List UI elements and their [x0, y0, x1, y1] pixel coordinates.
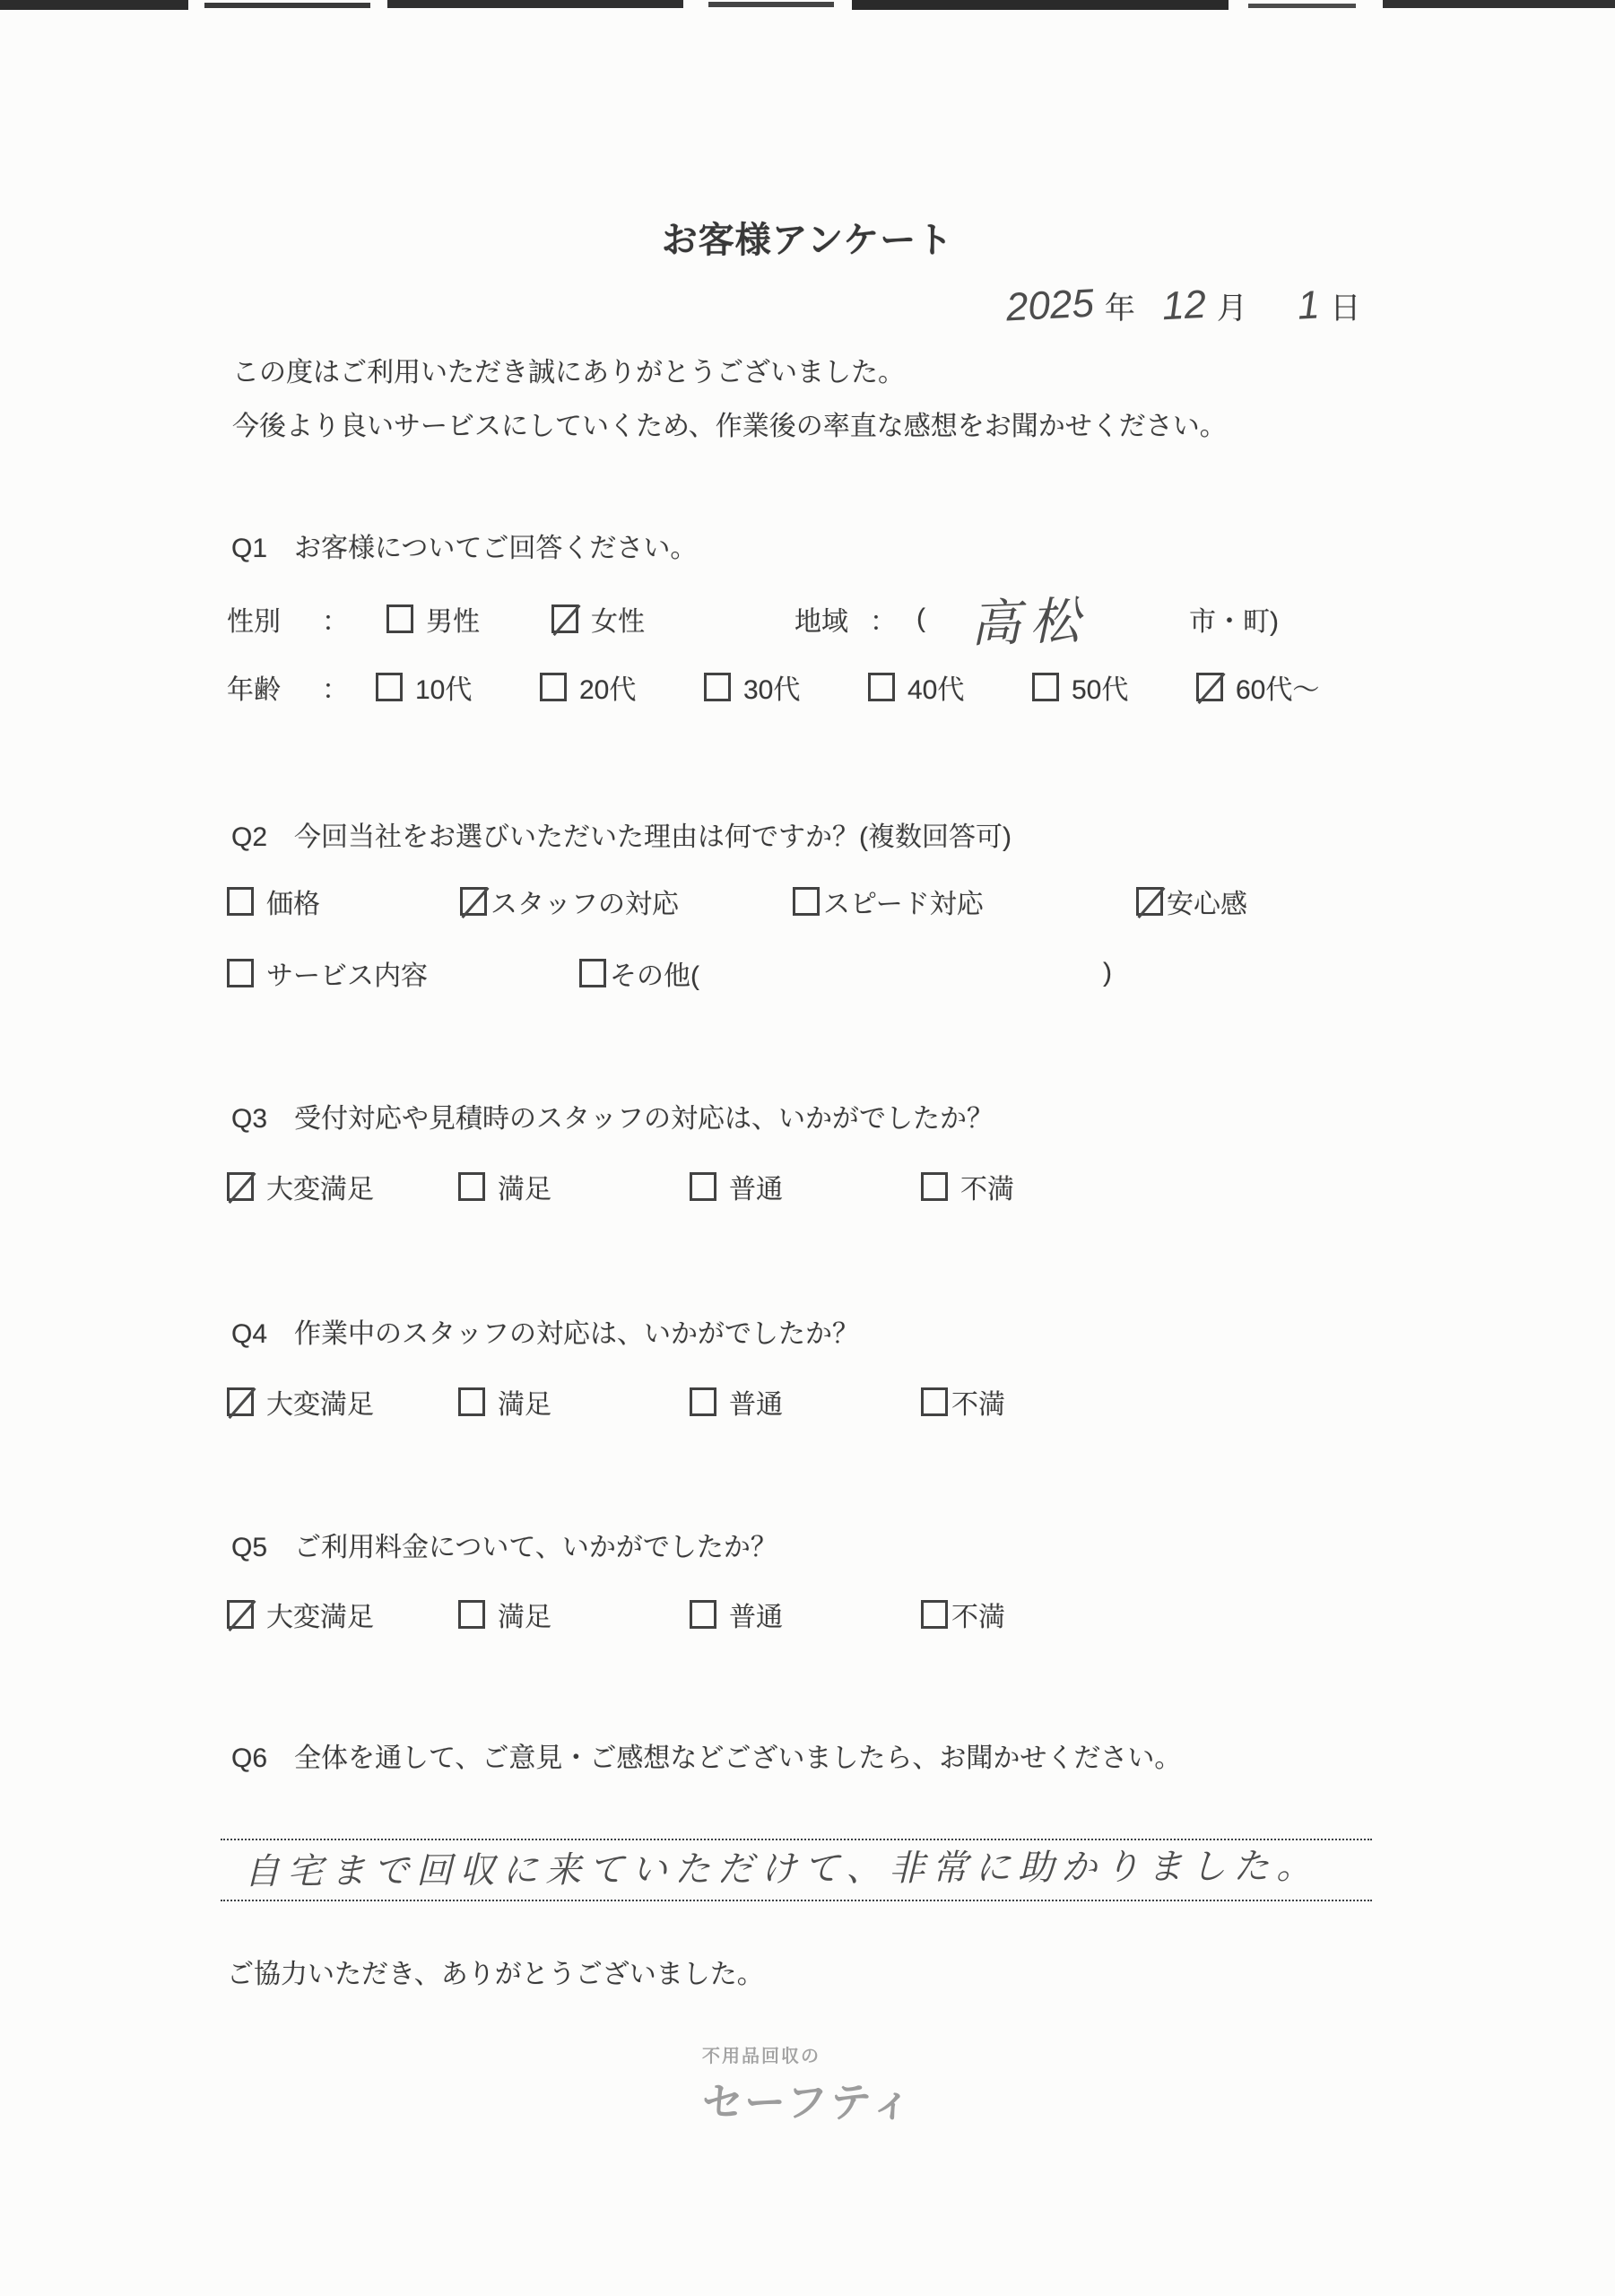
option: 男性 [386, 599, 551, 639]
option: 60代～ [1196, 667, 1319, 707]
question-heading-q5: Q5 ご利用料金について、いかがでしたか？ [231, 1525, 777, 1564]
option-label: 満足 [498, 1382, 551, 1422]
intro-line-1: この度はご利用いただき誠にありがとうございました。 [232, 350, 905, 389]
q5-options-row-1: 大変満足満足普通不満 [227, 1596, 1005, 1632]
checkbox-30代[interactable] [704, 673, 731, 701]
checkbox-その他([interactable] [579, 959, 606, 987]
date-month-value[interactable]: 12 [1161, 283, 1208, 329]
option-label: 大変満足 [266, 1595, 374, 1634]
gender-options: 男性女性 [386, 599, 645, 639]
q3-options-row-1: 大変満足満足普通不満 [227, 1169, 1014, 1205]
option-label: 満足 [498, 1595, 551, 1634]
date-year-label: 年 [1105, 283, 1135, 327]
option: その他( [579, 953, 699, 993]
closing-text: ご協力いただき、ありがとうございました。 [227, 1952, 764, 1991]
checkbox-50代[interactable] [1032, 673, 1059, 701]
question-heading-q3: Q3 受付対応や見積時のスタッフの対応は、いかがでしたか？ [231, 1096, 994, 1135]
checkbox-大変満足-checked[interactable] [227, 1600, 254, 1629]
checkbox-スピード対応[interactable] [793, 887, 820, 916]
checkbox-不満[interactable] [921, 1600, 948, 1629]
checkbox-スタッフの対応-checked[interactable] [460, 887, 487, 916]
gender-region-row: 性別： 男性女性 地域 ： ( 高松 市・町) [227, 601, 645, 637]
scan-artifact [852, 0, 1229, 10]
date-day-value[interactable]: 1 [1297, 283, 1321, 328]
option-label: 大変満足 [266, 1167, 374, 1206]
checkbox-満足[interactable] [458, 1172, 485, 1201]
paren-close: ) [1103, 958, 1112, 988]
checkbox-満足[interactable] [458, 1387, 485, 1416]
region-paren-close: 市・町) [1189, 599, 1279, 639]
q2-options-row-2: サービス内容その他() [227, 955, 1112, 991]
scan-artifact [0, 0, 188, 10]
checkbox-大変満足-checked[interactable] [227, 1387, 254, 1416]
checkbox-10代[interactable] [376, 673, 403, 701]
checkbox-男性[interactable] [386, 604, 413, 633]
option: 不満 [921, 1595, 1005, 1634]
checkbox-普通[interactable] [690, 1172, 716, 1201]
scan-artifact [204, 3, 370, 8]
option-label: その他( [610, 953, 699, 993]
option: 価格 [227, 882, 460, 921]
age-row: 年齢： 10代20代30代40代50代60代～ [227, 669, 1319, 705]
logo-tagline: 不用品回収の [702, 2041, 915, 2067]
option-label: 不満 [951, 1595, 1005, 1634]
region-paren-open: ( [916, 604, 925, 634]
option-label: 50代 [1072, 667, 1128, 707]
question-heading-q1: Q1 お客様についてご回答ください。 [231, 526, 697, 565]
option: 安心感 [1136, 882, 1247, 921]
scan-artifact [387, 0, 683, 8]
region-field[interactable]: 地域 ： ( 高松 市・町) [794, 601, 1279, 637]
gender-label: 性別： [227, 599, 349, 639]
logo: 不用品回収の セーフティ [702, 2041, 915, 2129]
option: 大変満足 [227, 1167, 458, 1206]
option-label: 普通 [729, 1382, 783, 1422]
checkbox-普通[interactable] [690, 1387, 716, 1416]
option-label: 男性 [426, 599, 480, 639]
date-year-value[interactable]: 2025 [1005, 281, 1095, 330]
scan-artifact [1383, 0, 1615, 8]
option-label: 普通 [729, 1167, 783, 1206]
date-line: 2025 年 12 月 1 日 [1006, 283, 1360, 328]
checkbox-サービス内容[interactable] [227, 959, 254, 987]
checkbox-不満[interactable] [921, 1172, 948, 1201]
option: スピード対応 [793, 882, 1136, 921]
date-month-label: 月 [1217, 283, 1247, 327]
option-label: 30代 [743, 667, 800, 707]
checkbox-普通[interactable] [690, 1600, 716, 1629]
option-label: 普通 [729, 1595, 783, 1634]
option: 20代 [540, 667, 704, 707]
option: 40代 [868, 667, 1032, 707]
question-heading-q6: Q6 全体を通して、ご意見・ご感想などございましたら、お聞かせください。 [231, 1735, 1181, 1775]
option: 満足 [458, 1167, 690, 1206]
option-label: 40代 [907, 667, 964, 707]
scan-artifact [1248, 4, 1356, 8]
option: 50代 [1032, 667, 1196, 707]
checkbox-安心感-checked[interactable] [1136, 887, 1163, 916]
region-label: 地域 [794, 599, 848, 639]
checkbox-女性-checked[interactable] [551, 604, 578, 633]
question-heading-q4: Q4 作業中のスタッフの対応は、いかがでしたか？ [231, 1311, 859, 1351]
comment-box[interactable]: 自宅まで回収に来ていただけて、非常に助かりました。 [221, 1839, 1372, 1901]
age-label: 年齢： [227, 667, 349, 707]
option: 大変満足 [227, 1595, 458, 1634]
question-heading-q2: Q2 今回当社をお選びいただいた理由は何ですか？(複数回答可) [231, 814, 1012, 854]
option-label: 不満 [951, 1382, 1005, 1422]
option: 不満 [921, 1382, 1005, 1422]
option-label: 不満 [960, 1167, 1014, 1206]
checkbox-20代[interactable] [540, 673, 567, 701]
option-label: 10代 [415, 667, 472, 707]
option-label: 大変満足 [266, 1382, 374, 1422]
comment-value: 自宅まで回収に来ていただけて、非常に助かりました。 [221, 1838, 1372, 1901]
checkbox-価格[interactable] [227, 887, 254, 916]
scan-artifact [708, 2, 834, 7]
option: 普通 [690, 1595, 921, 1634]
option: 30代 [704, 667, 868, 707]
region-value: 高松 [969, 581, 1090, 657]
option-label: スピード対応 [823, 882, 984, 921]
date-day-label: 日 [1330, 283, 1360, 327]
option-label: 安心感 [1167, 882, 1247, 921]
checkbox-満足[interactable] [458, 1600, 485, 1629]
option: 大変満足 [227, 1382, 458, 1422]
option-label: 20代 [579, 667, 636, 707]
option: 満足 [458, 1595, 690, 1634]
page-title: お客様アンケート [0, 212, 1615, 263]
intro-line-2: 今後より良いサービスにしていくため、作業後の率直な感想をお聞かせください。 [232, 404, 1227, 443]
option-label: スタッフの対応 [491, 882, 679, 921]
option-label: 60代～ [1236, 667, 1319, 707]
option: サービス内容 [227, 953, 579, 993]
checkbox-40代[interactable] [868, 673, 895, 701]
option: 普通 [690, 1382, 921, 1422]
option: 満足 [458, 1382, 690, 1422]
option-label: 女性 [591, 599, 645, 639]
option-label: 価格 [266, 882, 320, 921]
option: スタッフの対応 [460, 882, 793, 921]
q2-options-row-1: 価格スタッフの対応スピード対応安心感 [227, 883, 1247, 919]
checkbox-大変満足-checked[interactable] [227, 1172, 254, 1201]
option: 10代 [376, 667, 540, 707]
option-label: サービス内容 [266, 953, 428, 993]
scanned-survey-page: お客様アンケート 2025 年 12 月 1 日 この度はご利用いただき誠にあり… [0, 0, 1615, 2296]
region-separator: ： [870, 599, 897, 639]
option: 女性 [551, 599, 645, 639]
age-options: 10代20代30代40代50代60代～ [376, 667, 1319, 707]
checkbox-60代～-checked[interactable] [1196, 673, 1223, 701]
option: 普通 [690, 1167, 921, 1206]
logo-name: セーフティ [700, 2070, 916, 2129]
option: 不満 [921, 1167, 1014, 1206]
q4-options-row-1: 大変満足満足普通不満 [227, 1384, 1005, 1420]
checkbox-不満[interactable] [921, 1387, 948, 1416]
option-label: 満足 [498, 1167, 551, 1206]
